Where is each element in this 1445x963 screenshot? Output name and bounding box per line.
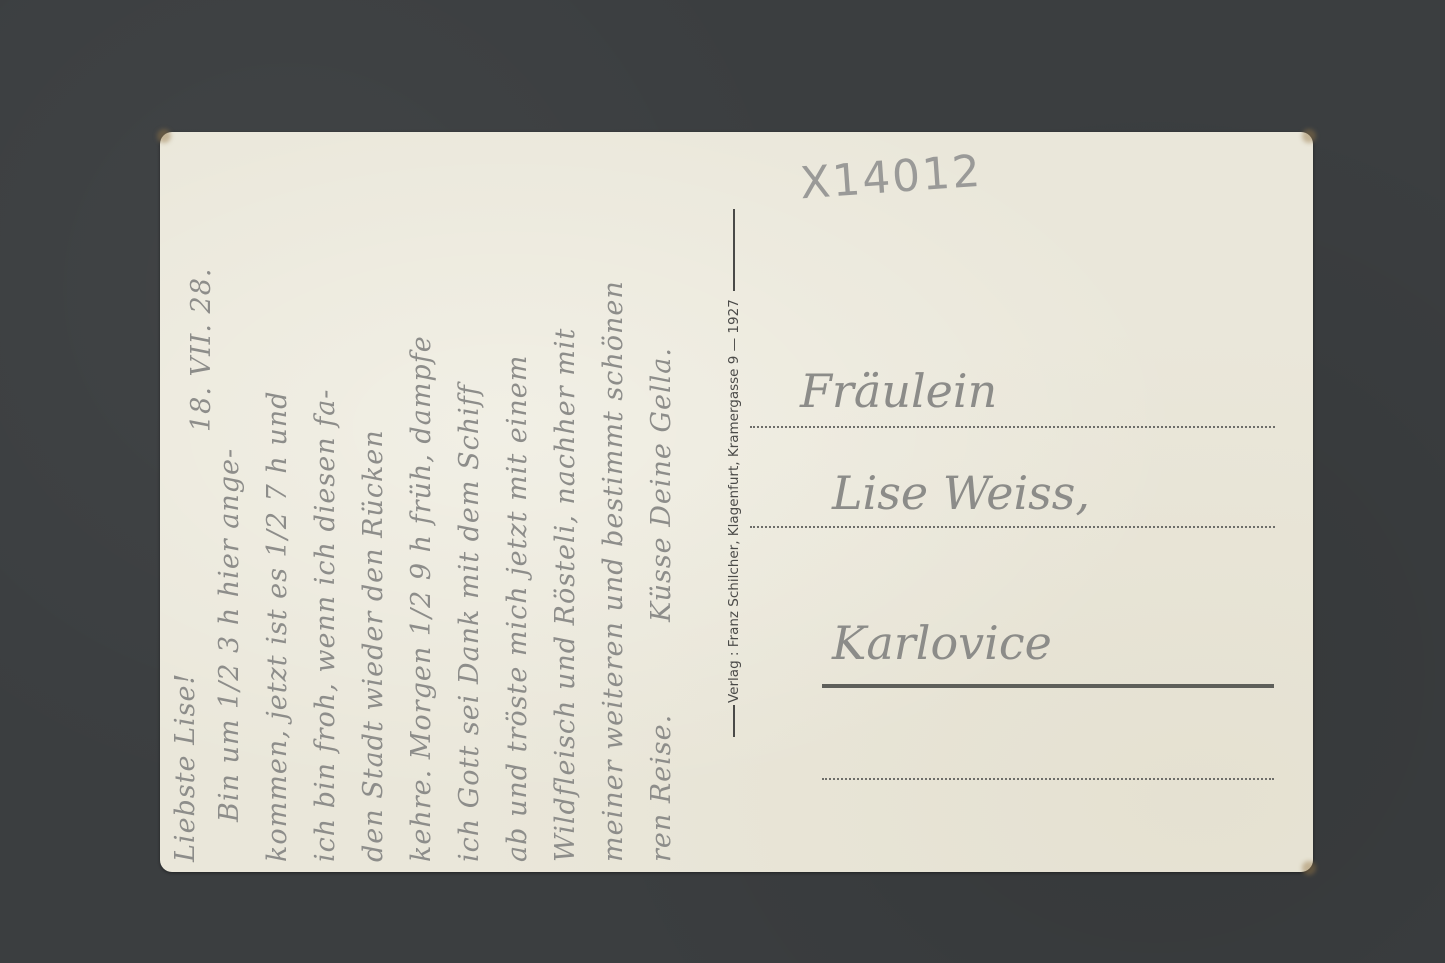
message-closing: Küsse Deine Gella. xyxy=(646,347,677,622)
message-line: kehre. Morgen 1/2 9 h früh, dampfe xyxy=(406,335,437,862)
corner-stain xyxy=(1302,861,1316,875)
message-line: den Stadt wieder den Rücken xyxy=(358,429,389,862)
address-line-4 xyxy=(822,778,1274,780)
address-line-2 xyxy=(750,526,1275,528)
address-name: Lise Weiss, xyxy=(832,466,1090,520)
message-greeting: Liebste Lise! xyxy=(170,673,201,862)
postcard: X14012 Liebste Lise! 18. VII. 28. Bin um… xyxy=(160,132,1313,872)
address-salutation: Fräulein xyxy=(800,364,997,418)
catalog-number: X14012 xyxy=(798,146,983,210)
address-line-3 xyxy=(822,684,1274,688)
message-line: ich Gott sei Dank mit dem Schiff xyxy=(454,384,485,862)
message-line: kommen, jetzt ist es 1/2 7 h und xyxy=(262,391,293,862)
message-date: 18. VII. 28. xyxy=(186,268,217,432)
handwritten-message: Liebste Lise! 18. VII. 28. Bin um 1/2 3 … xyxy=(170,142,710,862)
imprint-text: Verlag : Franz Schilcher, Klagenfurt, Kr… xyxy=(726,299,742,703)
address-line-1 xyxy=(750,426,1275,428)
imprint-rule xyxy=(733,209,735,291)
message-line: ren Reise. xyxy=(646,714,677,862)
address-place: Karlovice xyxy=(832,616,1052,670)
corner-stain xyxy=(157,129,171,143)
message-line: Wildfleisch und Rösteli, nachher mit xyxy=(550,328,581,862)
message-line: ab und tröste mich jetzt mit einem xyxy=(502,355,533,862)
corner-stain xyxy=(1302,129,1316,143)
message-line: Bin um 1/2 3 h hier ange- xyxy=(214,448,245,822)
message-line: meiner weiteren und bestimmt schönen xyxy=(598,280,629,862)
message-line: ich bin froh, wenn ich diesen fa- xyxy=(310,389,341,862)
publisher-imprint: Verlag : Franz Schilcher, Klagenfurt, Kr… xyxy=(726,157,742,737)
imprint-rule xyxy=(733,705,735,737)
